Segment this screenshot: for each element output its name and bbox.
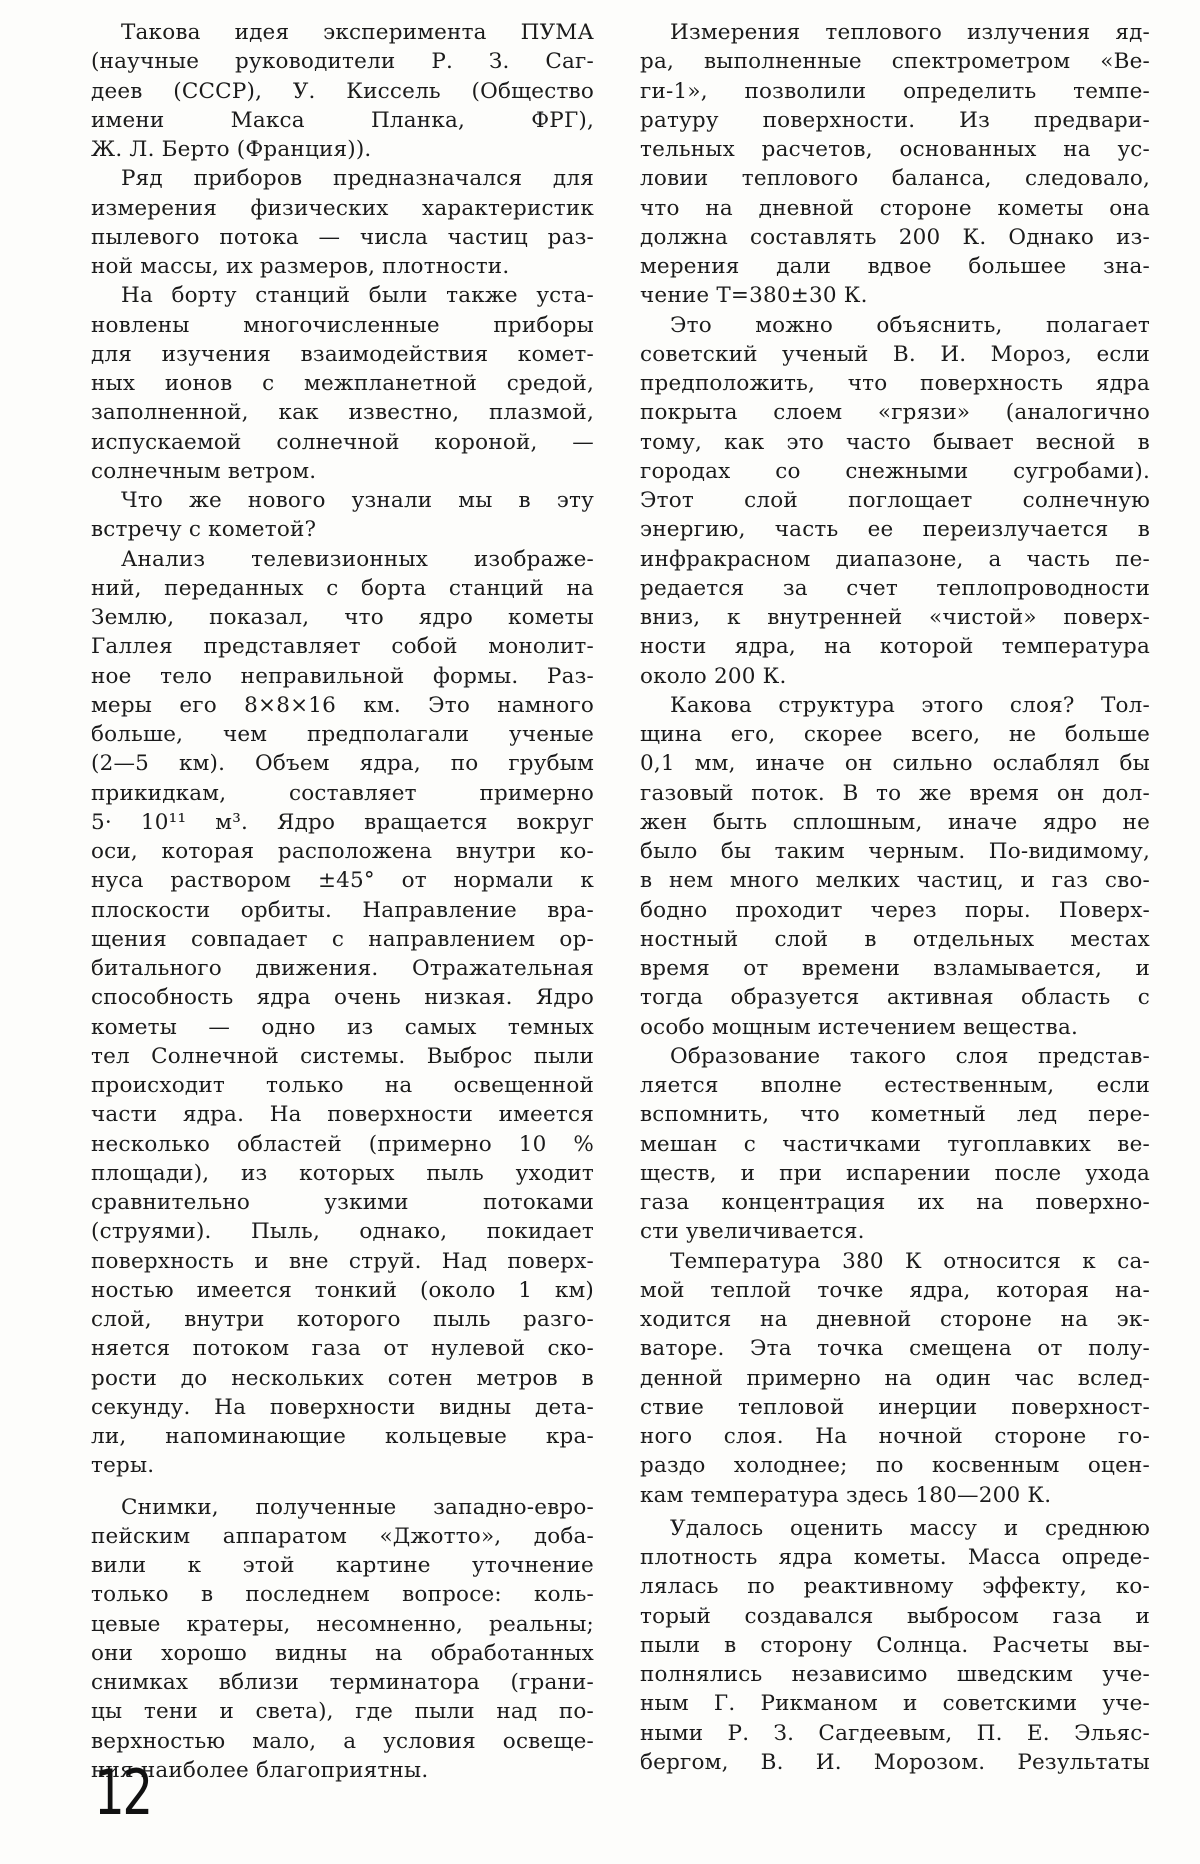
text-line: ратуру поверхности. Из предвари- — [640, 106, 1150, 135]
text-line: ляется вполне естественным, если — [640, 1071, 1150, 1100]
text-line: (2—5 км). Объем ядра, по грубым — [91, 749, 594, 778]
text-line: ными Р. З. Сагдеевым, П. Е. Эльяс- — [640, 1719, 1150, 1748]
text-line: пейским аппаратом «Джотто», доба- — [91, 1522, 594, 1551]
paragraph: Измерения теплового излучения яд-ра, вып… — [640, 18, 1150, 311]
paragraph: Образование такого слоя представ-ляется … — [640, 1042, 1150, 1247]
text-line: На борту станций были также уста- — [91, 281, 594, 310]
text-line: пыли в сторону Солнца. Расчеты вы- — [640, 1631, 1150, 1660]
text-line: секунду. На поверхности видны дета- — [91, 1393, 594, 1422]
text-line: (научные руководители Р. З. Саг- — [91, 47, 594, 76]
text-line: в нем много мелких частиц, и газ сво- — [640, 866, 1150, 895]
paragraph: Это можно объяснить, полагаетсоветский у… — [640, 311, 1150, 691]
text-line: верхностью мало, а условия освеще- — [91, 1727, 594, 1756]
text-line: цы тени и света), где пыли над по- — [91, 1697, 594, 1726]
text-line: лялась по реактивному эффекту, ко- — [640, 1572, 1150, 1601]
text-line: полнялись независимо шведским уче- — [640, 1660, 1150, 1689]
text-line: Галлея представляет собой монолит- — [91, 632, 594, 661]
text-line: особо мощным истечением вещества. — [640, 1013, 1150, 1042]
text-line: Анализ телевизионных изображе- — [91, 545, 594, 574]
text-line: ности ядра, на которой температура — [640, 632, 1150, 661]
text-line: 5· 10¹¹ м³. Ядро вращается вокруг — [91, 808, 594, 837]
text-line: Что же нового узнали мы в эту — [91, 486, 594, 515]
text-line: 0,1 мм, иначе он сильно ослаблял бы — [640, 749, 1150, 778]
text-line: вниз, к внутренней «чистой» поверх- — [640, 603, 1150, 632]
text-line: снимках вблизи терминатора (грани- — [91, 1668, 594, 1697]
text-line: денной примерно на один час вслед- — [640, 1364, 1150, 1393]
text-line: ли, напоминающие кольцевые кра- — [91, 1422, 594, 1451]
text-line: ствие тепловой инерции поверхност- — [640, 1393, 1150, 1422]
text-line: газа концентрация их на поверхно- — [640, 1188, 1150, 1217]
text-line: для изучения взаимодействия комет- — [91, 340, 594, 369]
text-line: ний, переданных с борта станций на — [91, 574, 594, 603]
text-line: Землю, показал, что ядро кометы — [91, 603, 594, 632]
text-line: рости до нескольких сотен метров в — [91, 1364, 594, 1393]
text-line: инфракрасном диапазоне, а часть пе- — [640, 545, 1150, 574]
text-line: ностью имеется тонкий (около 1 км) — [91, 1276, 594, 1305]
paragraph: Ряд приборов предназначался дляизмерения… — [91, 164, 594, 281]
text-line: тельных расчетов, основанных на ус- — [640, 135, 1150, 164]
text-line: Это можно объяснить, полагает — [640, 311, 1150, 340]
text-line: происходит только на освещенной — [91, 1071, 594, 1100]
text-line: щения совпадает с направлением ор- — [91, 925, 594, 954]
text-line: меры его 8×8×16 км. Это намного — [91, 691, 594, 720]
paragraph-gap — [91, 1481, 594, 1493]
text-line: (струями). Пыль, однако, покидает — [91, 1217, 594, 1246]
text-line: няется потоком газа от нулевой ско- — [91, 1334, 594, 1363]
text-line: солнечным ветром. — [91, 457, 594, 486]
text-line: вспомнить, что кометный лед пере- — [640, 1100, 1150, 1129]
text-line: предположить, что поверхность ядра — [640, 369, 1150, 398]
text-line: ния наиболее благоприятны. — [91, 1756, 594, 1785]
text-line: бергом, В. И. Морозом. Результаты — [640, 1748, 1150, 1777]
text-line: редается за счет теплопроводности — [640, 574, 1150, 603]
text-line: встречу с кометой? — [91, 515, 594, 544]
text-line: раздо холоднее; по косвенным оцен- — [640, 1451, 1150, 1480]
text-line: сравнительно узкими потоками — [91, 1188, 594, 1217]
text-line: площади), из которых пыль уходит — [91, 1159, 594, 1188]
text-line: Ж. Л. Берто (Франция)). — [91, 135, 594, 164]
text-line: ных ионов с межпланетной средой, — [91, 369, 594, 398]
text-line: Этот слой поглощает солнечную — [640, 486, 1150, 515]
text-line: должна составлять 200 К. Однако из- — [640, 223, 1150, 252]
paragraph: Что же нового узнали мы в этувстречу с к… — [91, 486, 594, 545]
text-line: деев (СССР), У. Киссель (Общество — [91, 77, 594, 106]
text-line: кам температура здесь 180—200 К. — [640, 1481, 1150, 1510]
text-line: мой теплой точке ядра, которая на- — [640, 1276, 1150, 1305]
text-line: энергию, часть ее переизлучается в — [640, 515, 1150, 544]
text-line: заполненной, как известно, плазмой, — [91, 398, 594, 427]
right-column: Измерения теплового излучения яд-ра, вып… — [640, 18, 1150, 1777]
text-line: Ряд приборов предназначался для — [91, 164, 594, 193]
text-line: покрыта слоем «грязи» (аналогично — [640, 398, 1150, 427]
text-line: прикидкам, составляет примерно — [91, 779, 594, 808]
text-line: измерения физических характеристик — [91, 194, 594, 223]
text-line: газовый поток. В то же время он дол- — [640, 779, 1150, 808]
text-line: только в последнем вопросе: коль- — [91, 1580, 594, 1609]
text-line: Снимки, полученные западно-евро- — [91, 1493, 594, 1522]
text-line: время от времени взламывается, и — [640, 954, 1150, 983]
text-line: ностный слой в отдельных местах — [640, 925, 1150, 954]
text-line: новлены многочисленные приборы — [91, 311, 594, 340]
text-line: оси, которая расположена внутри ко- — [91, 837, 594, 866]
text-line: ловии теплового баланса, следовало, — [640, 164, 1150, 193]
text-line: они хорошо видны на обработанных — [91, 1639, 594, 1668]
text-line: что на дневной стороне кометы она — [640, 194, 1150, 223]
text-line: ги-1», позволили определить темпе- — [640, 77, 1150, 106]
text-line: сти увеличивается. — [640, 1217, 1150, 1246]
text-line: торый создавался выбросом газа и — [640, 1602, 1150, 1631]
text-line: Удалось оценить массу и среднюю — [640, 1514, 1150, 1543]
text-line: нуса раствором ±45° от нормали к — [91, 866, 594, 895]
text-line: Такова идея эксперимента ПУМА — [91, 18, 594, 47]
text-line: плоскости орбиты. Направление вра- — [91, 896, 594, 925]
text-line: кометы — одно из самых темных — [91, 1013, 594, 1042]
text-line: ходится на дневной стороне на эк- — [640, 1305, 1150, 1334]
text-line: было бы таким черным. По-видимому, — [640, 837, 1150, 866]
text-line: способность ядра очень низкая. Ядро — [91, 983, 594, 1012]
text-line: ное тело неправильной формы. Раз- — [91, 662, 594, 691]
paragraph: Удалось оценить массу и среднююплотность… — [640, 1514, 1150, 1777]
text-line: цевые кратеры, несомненно, реальны; — [91, 1610, 594, 1639]
text-line: Какова структура этого слоя? Тол- — [640, 691, 1150, 720]
text-line: мешан с частичками тугоплавких ве- — [640, 1130, 1150, 1159]
text-line: больше, чем предполагали ученые — [91, 720, 594, 749]
text-line: Измерения теплового излучения яд- — [640, 18, 1150, 47]
text-line: городах со снежными сугробами). — [640, 457, 1150, 486]
text-line: пылевого потока — числа частиц раз- — [91, 223, 594, 252]
text-line: тел Солнечной системы. Выброс пыли — [91, 1042, 594, 1071]
text-line: битального движения. Отражательная — [91, 954, 594, 983]
text-line: ществ, и при испарении после ухода — [640, 1159, 1150, 1188]
text-line: слой, внутри которого пыль разго- — [91, 1305, 594, 1334]
text-line: щина его, скорее всего, не больше — [640, 720, 1150, 749]
text-line: ной массы, их размеров, плотности. — [91, 252, 594, 281]
text-line: вили к этой картине уточнение — [91, 1551, 594, 1580]
paragraph: Анализ телевизионных изображе-ний, перед… — [91, 545, 594, 1481]
text-line: имени Макса Планка, ФРГ), — [91, 106, 594, 135]
left-column: Такова идея эксперимента ПУМА(научные ру… — [91, 18, 594, 1785]
text-line: жен быть сплошным, иначе ядро не — [640, 808, 1150, 837]
text-line: ваторе. Эта точка смещена от полу- — [640, 1334, 1150, 1363]
paragraph: Какова структура этого слоя? Тол-щина ег… — [640, 691, 1150, 1042]
text-line: ным Г. Рикманом и советскими уче- — [640, 1689, 1150, 1718]
paragraph: Такова идея эксперимента ПУМА(научные ру… — [91, 18, 594, 164]
paragraph: Температура 380 К относится к са-мой теп… — [640, 1247, 1150, 1510]
text-line: тому, как это часто бывает весной в — [640, 428, 1150, 457]
text-line: ра, выполненные спектрометром «Ве- — [640, 47, 1150, 76]
text-line: советский ученый В. И. Мороз, если — [640, 340, 1150, 369]
text-line: чение T=380±30 К. — [640, 281, 1150, 310]
text-line: поверхность и вне струй. Над поверх- — [91, 1247, 594, 1276]
text-line: мерения дали вдвое большее зна- — [640, 252, 1150, 281]
text-line: ного слоя. На ночной стороне го- — [640, 1422, 1150, 1451]
paragraph: Снимки, полученные западно-евро-пейским … — [91, 1493, 594, 1786]
page-number: 12 — [94, 1762, 151, 1824]
text-line: Образование такого слоя представ- — [640, 1042, 1150, 1071]
text-line: Температура 380 К относится к са- — [640, 1247, 1150, 1276]
text-line: теры. — [91, 1451, 594, 1480]
paragraph: На борту станций были также уста-новлены… — [91, 281, 594, 486]
text-line: плотность ядра кометы. Масса опреде- — [640, 1543, 1150, 1572]
text-line: испускаемой солнечной короной, — — [91, 428, 594, 457]
text-line: бодно проходит через поры. Поверх- — [640, 896, 1150, 925]
text-line: тогда образуется активная область с — [640, 983, 1150, 1012]
text-line: части ядра. На поверхности имеется — [91, 1100, 594, 1129]
text-line: около 200 К. — [640, 662, 1150, 691]
text-line: несколько областей (примерно 10 % — [91, 1130, 594, 1159]
